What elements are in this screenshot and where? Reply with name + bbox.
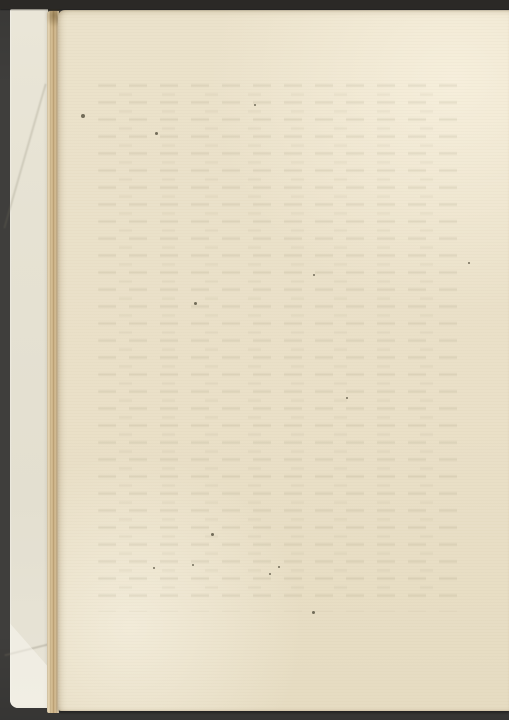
- scanned-page-photograph: [0, 0, 509, 720]
- underlying-page-edge: [10, 9, 48, 708]
- page-crease: [3, 84, 46, 229]
- scan-top-band: [0, 0, 509, 9]
- book-page: [58, 10, 509, 711]
- ghost-text-bleedthrough: [110, 81, 450, 601]
- worn-corner: [10, 616, 48, 708]
